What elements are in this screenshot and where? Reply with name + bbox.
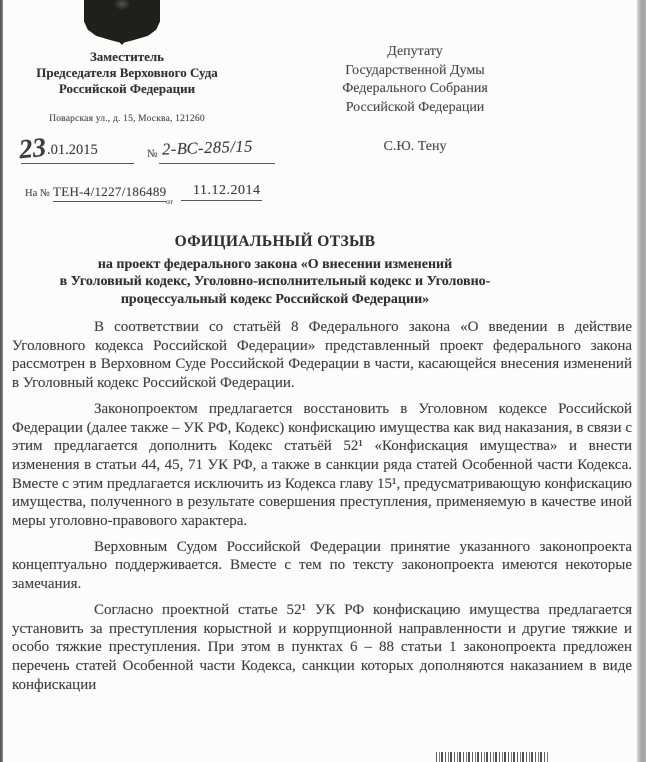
number-sign-label: № (147, 148, 158, 160)
recipient-name: С.Ю. Тену (322, 138, 508, 157)
body-paragraph: В соответствии со статьёй 8 Федерального… (12, 318, 632, 393)
sender-address: Поварская ул., д. 15, Москва, 121260 (14, 114, 240, 124)
body-paragraph: Законопроектом предлагается восстановить… (12, 400, 632, 531)
reference-date: 11.12.2014 (181, 183, 262, 201)
document-title: ОФИЦИАЛЬНЫЙ ОТЗЫВ на проект федерального… (5, 233, 545, 308)
handwritten-day: 23 (17, 132, 47, 166)
recipient-block: Депутату Государственной Думы Федерально… (322, 43, 508, 157)
letter-body: В соответствии со статьёй 8 Федерального… (12, 318, 632, 701)
recipient-line: Федерального Собрания (322, 80, 508, 99)
scanned-letter-page: Заместитель Председателя Верховного Суда… (0, 0, 646, 762)
document-title-sub: процессуальный кодекс Российской Федерац… (5, 291, 545, 308)
reference-number: ТЕН-4/1227/186489 (53, 184, 166, 202)
sender-title-line: Заместитель (14, 49, 240, 65)
body-paragraph: Согласно проектной статье 52¹ УК РФ конф… (12, 601, 632, 695)
recipient-line: Российской Федерации (322, 99, 508, 118)
sender-title-line: Российской Федерации (14, 81, 240, 97)
reference-label: На № (25, 188, 50, 199)
reference-from-label: от (166, 197, 173, 206)
handwritten-outgoing-number: 2-ВС-285/15 (162, 136, 254, 159)
sender-title-line: Председателя Верховного Суда (14, 65, 240, 81)
document-title-sub: на проект федерального закона «О внесени… (5, 256, 545, 273)
document-title-main: ОФИЦИАЛЬНЫЙ ОТЗЫВ (5, 233, 545, 251)
number-underline (159, 163, 275, 164)
body-paragraph: Верховным Судом Российской Федерации при… (12, 538, 632, 594)
document-title-sub: в Уголовный кодекс, Уголовно-исполнитель… (5, 273, 545, 290)
scan-left-edge (0, 0, 3, 762)
date-underline (21, 163, 134, 164)
registration-barcode-icon (436, 752, 548, 762)
coat-of-arms-icon (84, 0, 160, 45)
sender-title: Заместитель Председателя Верховного Суда… (14, 49, 240, 97)
recipient-line: Государственной Думы (322, 62, 508, 81)
emblem-detail (114, 0, 130, 10)
printed-date: .01.2015 (47, 142, 98, 159)
recipient-line: Депутату (322, 43, 508, 62)
scan-right-edge (637, 0, 646, 762)
